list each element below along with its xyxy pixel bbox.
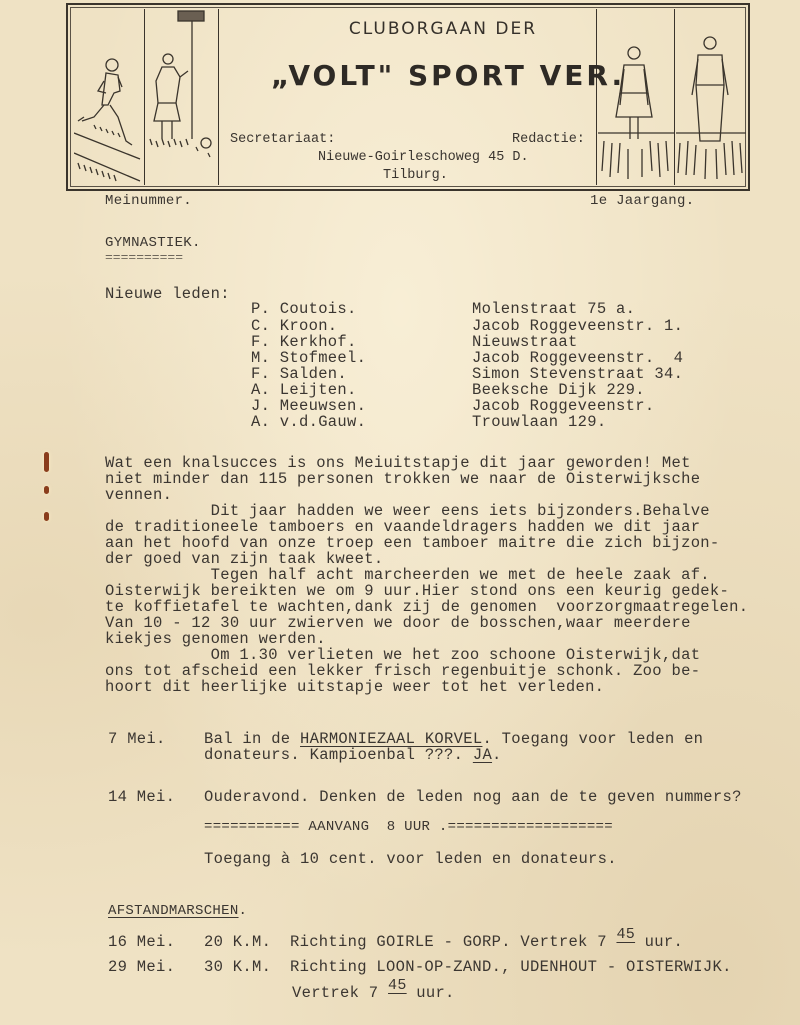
member-name: A. v.d.Gauw. bbox=[251, 413, 366, 432]
march-date: 29 Mei. bbox=[108, 958, 175, 977]
section-heading-afstandmarschen: AFSTANDMARSCHEN. bbox=[108, 902, 247, 921]
event-text: . bbox=[492, 746, 502, 764]
masthead-subtitle: CLUBORGAAN DER bbox=[298, 19, 588, 39]
masthead-box: CLUBORGAAN DER „VOLT" SPORT VER. Secreta… bbox=[66, 3, 750, 191]
rust-mark bbox=[44, 512, 49, 521]
address-city: Tilburg. bbox=[383, 168, 448, 183]
march-route: Richting GOIRLE - GORP. Vertrek 7 45 uur… bbox=[290, 933, 683, 952]
report-line: niet minder dan 115 personen trokken we … bbox=[105, 470, 700, 489]
redactie-label: Redactie: bbox=[512, 132, 585, 147]
march-route: Richting LOON-OP-ZAND., UDENHOUT - OISTE… bbox=[290, 958, 732, 977]
newsletter-page: CLUBORGAAN DER „VOLT" SPORT VER. Secreta… bbox=[0, 0, 800, 1025]
time-minutes: 45 bbox=[388, 976, 407, 995]
event-date: 7 Mei. bbox=[108, 730, 166, 749]
address-street: Nieuwe-Goirleschoweg 45 D. bbox=[318, 150, 529, 165]
time-suffix: uur. bbox=[635, 933, 683, 951]
report-line: hoort dit heerlijke uitstapje weer tot h… bbox=[105, 678, 604, 697]
depart-label: Vertrek 7 bbox=[292, 984, 378, 1002]
flagpole-girl-illustration-icon bbox=[146, 9, 218, 185]
event-date: 14 Mei. bbox=[108, 788, 175, 807]
event-text: donateurs. Kampioenbal ???. bbox=[204, 746, 473, 764]
answer-ja: JA bbox=[473, 746, 492, 764]
runner-illustration-icon bbox=[74, 13, 144, 185]
time-suffix: uur. bbox=[407, 984, 455, 1002]
time-minutes: 45 bbox=[616, 925, 635, 944]
march-date: 16 Mei. bbox=[108, 933, 175, 952]
march-departure: Vertrek 7 45 uur. bbox=[292, 984, 455, 1003]
secretariaat-label: Secretariaat: bbox=[230, 132, 335, 147]
heading-punct: . bbox=[239, 903, 248, 919]
route-text: Richting GOIRLE - GORP. Vertrek 7 bbox=[290, 933, 607, 951]
start-time-banner: =========== AANVANG 8 UUR .=============… bbox=[204, 818, 613, 837]
rust-mark bbox=[44, 452, 49, 472]
admission-note: Toegang à 10 cent. voor leden en donateu… bbox=[204, 850, 617, 869]
heading-rule: ========== bbox=[105, 250, 183, 265]
rust-mark bbox=[44, 486, 49, 494]
issue-volume: 1e Jaargang. bbox=[590, 192, 694, 211]
march-distance: 20 K.M. bbox=[204, 933, 271, 952]
event-line2: donateurs. Kampioenbal ???. JA. bbox=[204, 746, 502, 765]
new-members-label: Nieuwe leden: bbox=[105, 285, 230, 304]
girl-gymnast-illustration-icon bbox=[598, 9, 674, 189]
march-distance: 30 K.M. bbox=[204, 958, 271, 977]
heading-text: AFSTANDMARSCHEN bbox=[108, 903, 239, 919]
event-text: . Toegang voor leden en bbox=[482, 730, 703, 748]
event-line1: Ouderavond. Denken de leden nog aan de t… bbox=[204, 788, 742, 807]
boy-gymnast-illustration-icon bbox=[676, 9, 746, 189]
member-address: Trouwlaan 129. bbox=[472, 413, 606, 432]
issue-name: Meinummer. bbox=[105, 192, 192, 211]
